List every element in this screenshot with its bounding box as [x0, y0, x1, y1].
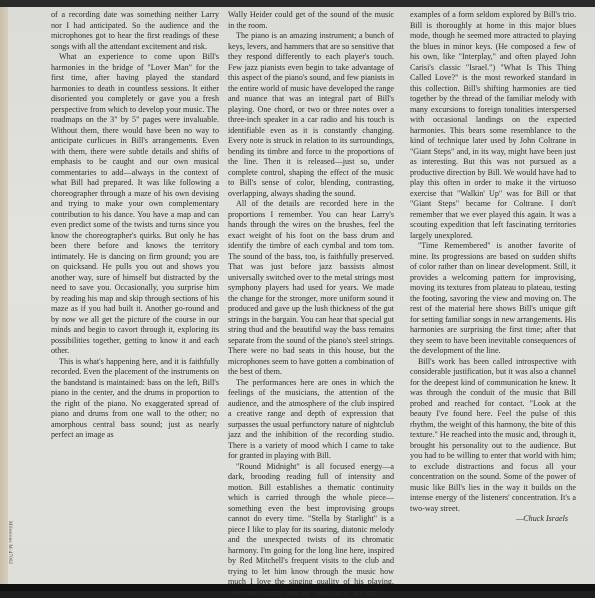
column-3: examples of a form seldom explored by Bi…: [410, 10, 576, 525]
paragraph: "Round Midnight" is all focused energy—a…: [228, 462, 394, 592]
paragraph: The piano is an amazing instrument; a bu…: [228, 31, 394, 199]
spine-label: Milestone M-47002: [4, 521, 12, 581]
paragraph: Wally Heider could get of the sound of t…: [228, 10, 394, 31]
paragraph: "Time Remembered" is another favorite of…: [410, 241, 576, 357]
column-1: of a recording date was something neithe…: [51, 10, 219, 441]
paragraph: of a recording date was something neithe…: [51, 10, 219, 52]
paragraph: This is what's happening here, and it is…: [51, 357, 219, 441]
paragraph: What an experience to come upon Bill's h…: [51, 52, 219, 357]
spine: Milestone M-47002: [0, 7, 8, 586]
author-signature: —Chuck Israels: [410, 514, 576, 525]
paragraph: examples of a form seldom explored by Bi…: [410, 10, 576, 241]
column-2: Wally Heider could get of the sound of t…: [228, 10, 394, 591]
paragraph: Bill's work has been called introspectiv…: [410, 357, 576, 515]
paragraph: The performances here are ones in which …: [228, 378, 394, 462]
bottom-edge: [0, 584, 595, 591]
paragraph: All of the details are recorded here in …: [228, 199, 394, 378]
